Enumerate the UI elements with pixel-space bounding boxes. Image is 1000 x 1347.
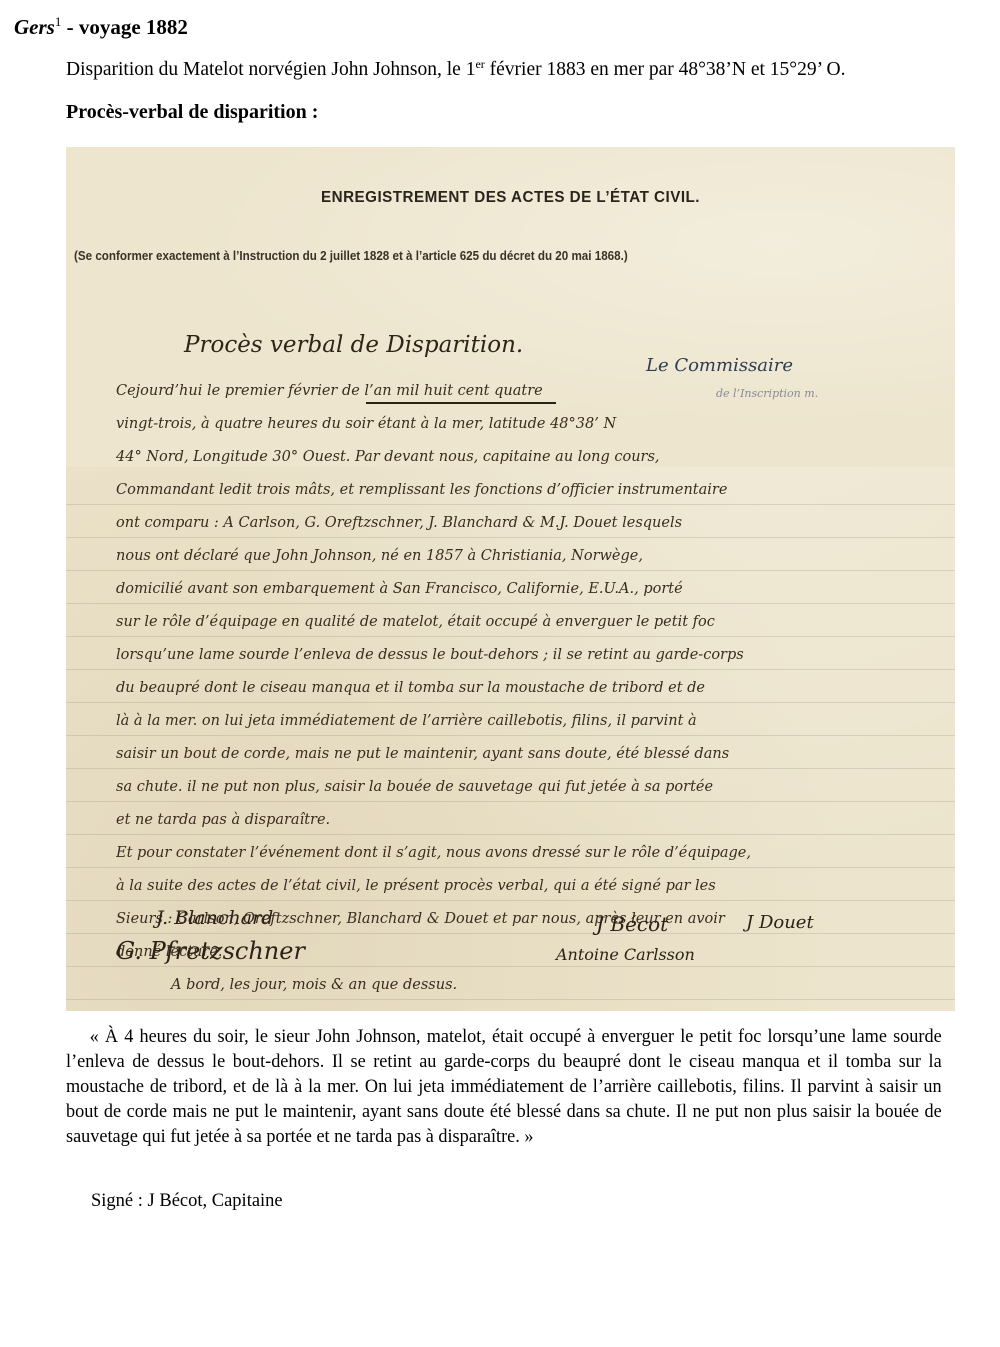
- quote-text: « À 4 heures du soir, le sieur John John…: [66, 1025, 942, 1150]
- signature-douet: J Douet: [746, 912, 814, 933]
- handwritten-line: du beaupré dont le ciseau manqua et il t…: [116, 672, 946, 705]
- signed-line: Signé : J Bécot, Capitaine: [91, 1189, 283, 1213]
- printed-instruction: (Se conformer exactement à l’Instruction…: [74, 249, 628, 263]
- ship-name: Gers: [14, 15, 55, 39]
- handwritten-line: sur le rôle d’équipage en qualité de mat…: [116, 606, 946, 639]
- handwritten-line: à la suite des actes de l’état civil, le…: [116, 870, 946, 903]
- handwritten-line: vingt-trois, à quatre heures du soir éta…: [116, 408, 946, 441]
- handwritten-line: Cejourd’hui le premier février de l’an m…: [116, 375, 946, 408]
- signature-carlson: Antoine Carlsson: [556, 945, 695, 964]
- document-title: Gers1 - voyage 1882: [14, 14, 188, 40]
- printed-heading: ENREGISTREMENT DES ACTES DE L’ÉTAT CIVIL…: [88, 189, 933, 207]
- subtitle-text-a: Disparition du Matelot norvégien John Jo…: [66, 59, 475, 80]
- handwritten-line: domicilié avant son embarquement à San F…: [116, 573, 946, 606]
- signature-blanchard: J. Blanchard: [156, 907, 273, 929]
- handwritten-title: Procès verbal de Disparition.: [184, 332, 523, 358]
- handwritten-line: et ne tarda pas à disparaître.: [116, 804, 946, 837]
- signature-becot: J Bécot: [596, 912, 668, 936]
- handwritten-line: ont comparu : A Carlson, G. Oreftzschner…: [116, 507, 946, 540]
- handwritten-line: là à la mer. on lui jeta immédiatement d…: [116, 705, 946, 738]
- ordinal-sup: er: [475, 57, 484, 71]
- handwritten-line: lorsqu’une lame sourde l’enleva de dessu…: [116, 639, 946, 672]
- handwritten-line: 44° Nord, Longitude 30° Ouest. Par devan…: [116, 441, 946, 474]
- section-heading: Procès-verbal de disparition :: [66, 100, 318, 124]
- scanned-document-image: ENREGISTREMENT DES ACTES DE L’ÉTAT CIVIL…: [66, 147, 955, 1011]
- handwritten-line: saisir un bout de corde, mais ne put le …: [116, 738, 946, 771]
- commissaire-stamp: Le Commissaire: [646, 355, 793, 376]
- signature-pfretzschner: G. Pfretzschner: [116, 937, 305, 965]
- title-voyage: - voyage 1882: [61, 15, 188, 39]
- handwritten-line: sa chute. il ne put non plus, saisir la …: [116, 771, 946, 804]
- handwritten-line: Commandant ledit trois mâts, et rempliss…: [116, 474, 946, 507]
- handwritten-line: nous ont déclaré que John Johnson, né en…: [116, 540, 946, 573]
- signatures-area: J. Blanchard G. Pfretzschner J Bécot J D…: [66, 907, 955, 1007]
- subtitle-text-b: février 1883 en mer par 48°38’N et 15°29…: [485, 59, 846, 80]
- transcription-quote: « À 4 heures du soir, le sieur John John…: [66, 1025, 942, 1150]
- subtitle: Disparition du Matelot norvégien John Jo…: [66, 58, 845, 82]
- handwritten-line: Et pour constater l’événement dont il s’…: [116, 837, 946, 870]
